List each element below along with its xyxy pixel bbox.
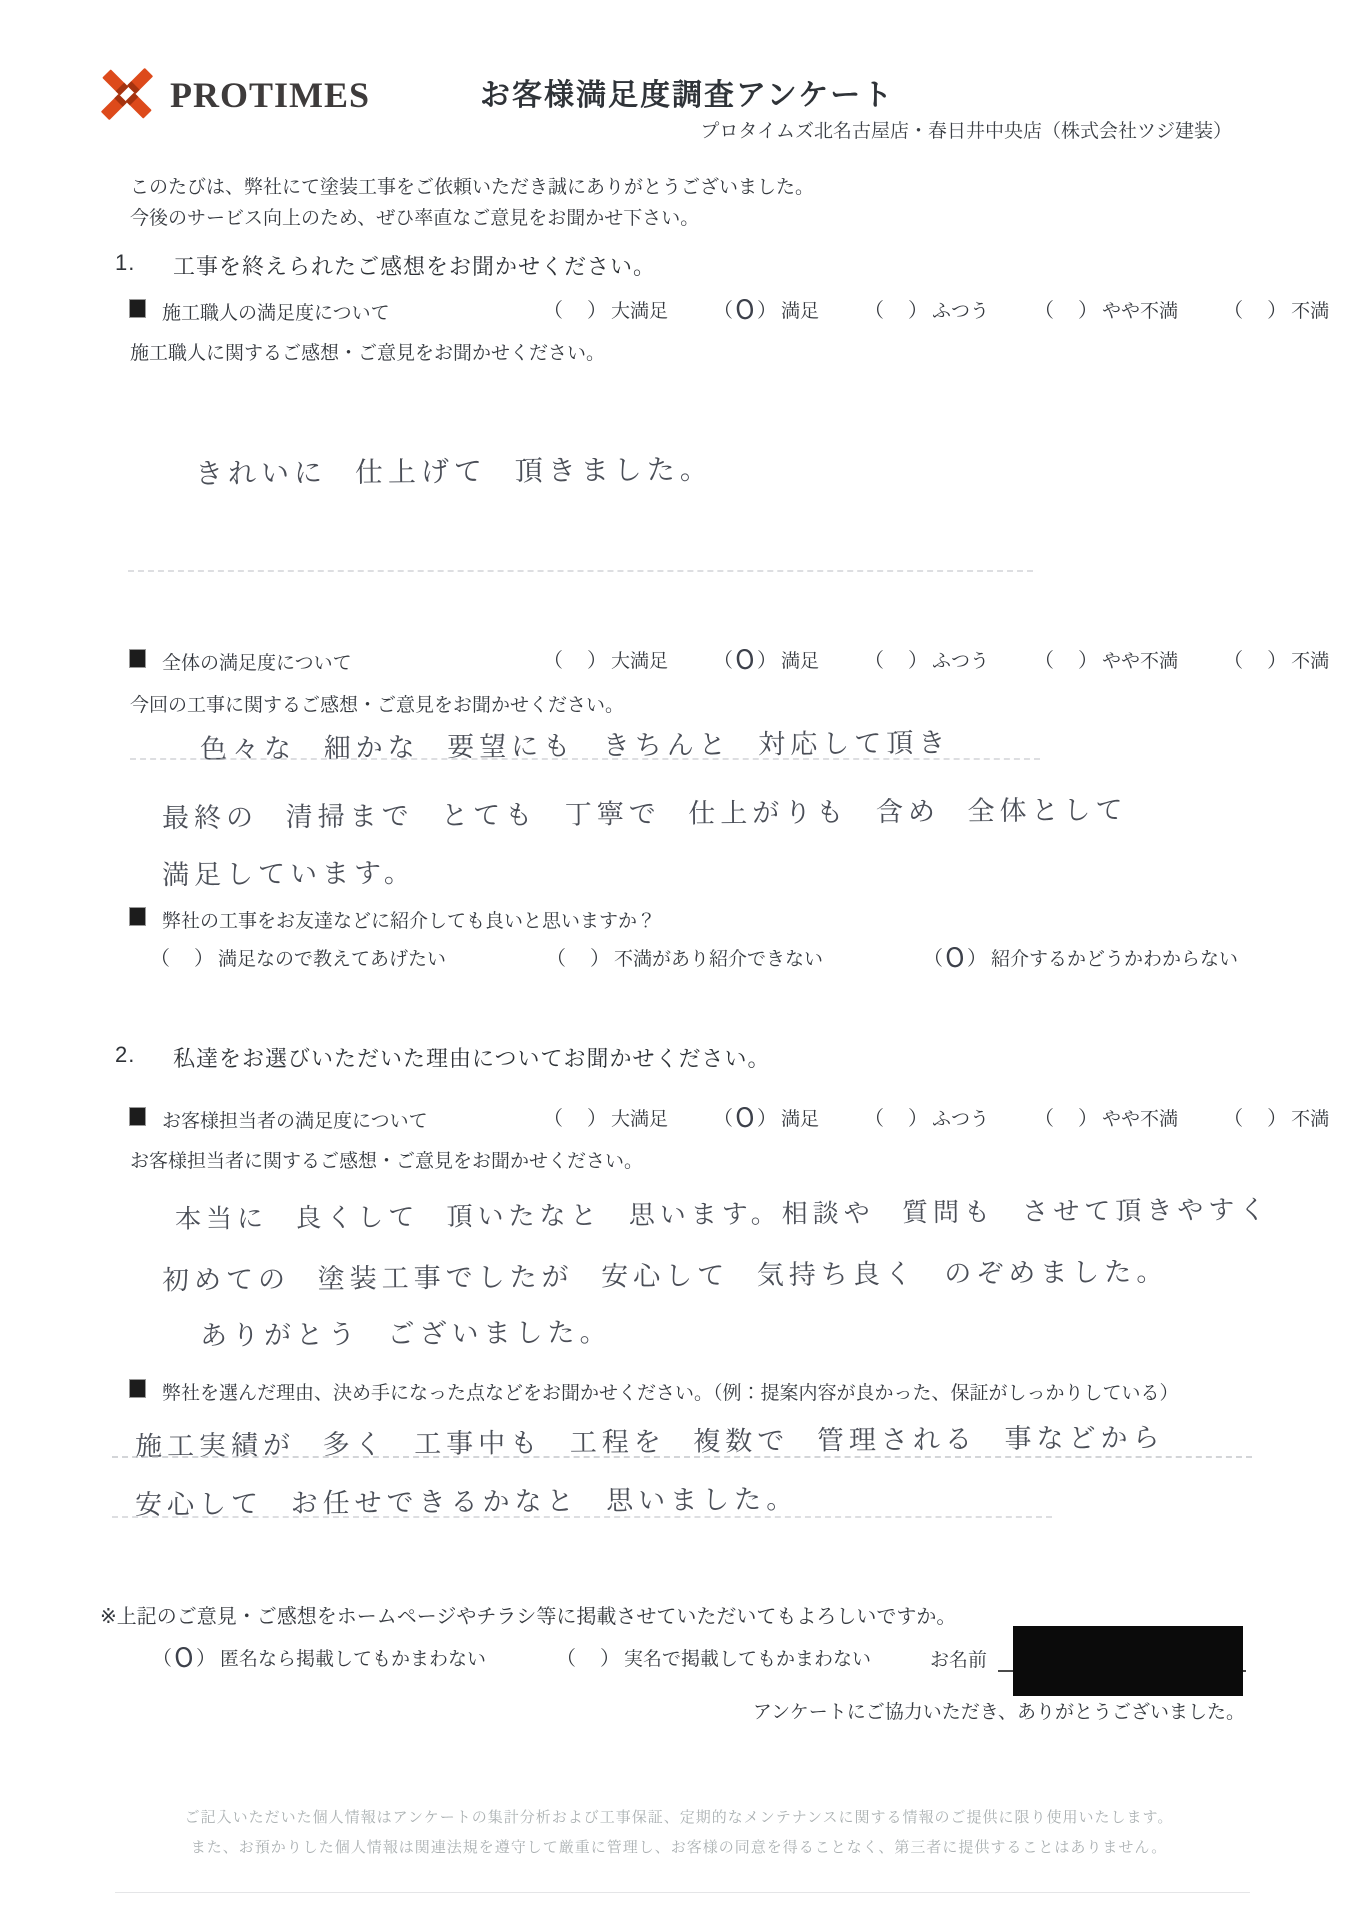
option-yaya-fuman: （）やや不満 [1034, 644, 1178, 673]
paren-close: ） [1267, 294, 1287, 323]
option-label: 不満があり紹介できない [614, 944, 823, 971]
representative-satisfaction-label: お客様担当者の満足度について [162, 1106, 428, 1133]
option-fuman: （）不満 [1223, 294, 1329, 323]
intro-line-1: このたびは、弊社にて塗装工事をご依頼いただき誠にありがとうございました。 [130, 172, 814, 199]
option-label: 匿名なら掲載してもかまわない [220, 1644, 486, 1671]
option-label: 紹介するかどうかわからない [991, 944, 1238, 971]
privacy-note-line-2: また、お預かりした個人情報は関連法規を遵守して厳重に管理し、お客様の同意を得るこ… [0, 1836, 1358, 1857]
section-bullet [130, 1380, 145, 1397]
craftsman-handwritten-answer: きれいに 仕上げて 頂きました。 [195, 448, 713, 493]
handwritten-circle-slot [1243, 1125, 1267, 1128]
option-fuman: （）不満 [1223, 644, 1329, 673]
option-futsuu: （）ふつう [864, 294, 989, 323]
option-yaya-fuman: （）やや不満 [1034, 294, 1178, 323]
representative-handwritten-line-2: 初めての 塗装工事でしたが 安心して 気持ち良く のぞめました。 [162, 1250, 1169, 1298]
overall-satisfaction-label: 全体の満足度について [162, 648, 352, 675]
overall-satisfaction-options: （）大満足 （O）満足 （）ふつう （）やや不満 （）不満 [543, 644, 1329, 673]
paren-close: ） [908, 1102, 928, 1131]
representative-comment-prompt: お客様担当者に関するご感想・ご意見をお聞かせください。 [130, 1146, 643, 1173]
option-label: 満足なので教えてあげたい [218, 944, 446, 971]
paren-close: ） [1078, 644, 1098, 673]
privacy-note-line-1: ご記入いただいた個人情報はアンケートの集計分析および工事保証、定期的なメンテナン… [0, 1806, 1358, 1827]
referral-question-label: 弊社の工事をお友達などに紹介しても良いと思いますか？ [162, 906, 656, 933]
handwritten-circle-slot [170, 965, 194, 968]
option-daimanzoku: （）大満足 [543, 1102, 668, 1131]
overall-comment-prompt: 今回の工事に関するご感想・ご意見をお聞かせください。 [130, 690, 624, 717]
paren-close: ） [757, 294, 777, 323]
paren-open: （ [556, 1642, 576, 1671]
paren-open: （ [923, 942, 943, 971]
option-daimanzoku: （）大満足 [543, 644, 668, 673]
option-recommend: （）満足なので教えてあげたい [150, 942, 446, 971]
craftsman-satisfaction-options: （）大満足 （O）満足 （）ふつう （）やや不満 （）不満 [543, 294, 1329, 323]
paren-open: （ [1223, 294, 1243, 323]
paren-open: （ [1223, 644, 1243, 673]
paren-open: （ [1034, 1102, 1054, 1131]
handwritten-circle-mark: O [732, 299, 758, 322]
store-subtitle: プロタイムズ北名古屋店・春日井中央店（株式会社ツジ建装） [700, 116, 1232, 143]
paren-close: ） [1267, 644, 1287, 673]
question-2-heading: 2. 私達をお選びいただいた理由についてお聞かせください。 [115, 1042, 771, 1073]
paren-open: （ [543, 294, 563, 323]
handwritten-circle-slot [884, 667, 908, 670]
paren-close: ） [587, 644, 607, 673]
handwritten-circle-mark: O [732, 1107, 758, 1130]
paren-close: ） [908, 294, 928, 323]
question-1-heading: 1. 工事を終えられたご感想をお聞かせください。 [115, 250, 656, 281]
publication-options: （O）匿名なら掲載してもかまわない （）実名で掲載してもかまわない [152, 1642, 871, 1671]
option-label: 不満 [1291, 296, 1329, 323]
option-fuman: （）不満 [1223, 1102, 1329, 1131]
handwritten-circle-mark: O [942, 947, 968, 970]
answer-rule-line [112, 1516, 1052, 1518]
question-1-text: 工事を終えられたご感想をお聞かせください。 [173, 250, 656, 281]
paren-close: ） [908, 644, 928, 673]
paren-open: （ [713, 1102, 733, 1131]
option-label: やや不満 [1102, 646, 1178, 673]
paren-open: （ [1034, 294, 1054, 323]
paren-open: （ [864, 294, 884, 323]
handwritten-circle-slot [563, 317, 587, 320]
option-label: ふつう [932, 646, 989, 673]
name-field-label: お名前 [930, 1645, 987, 1672]
paren-open: （ [150, 942, 170, 971]
question-1-number: 1. [115, 250, 173, 281]
option-label: やや不満 [1102, 1104, 1178, 1131]
option-label: 満足 [781, 1104, 819, 1131]
answer-rule-line [130, 758, 1040, 760]
paren-close: ） [196, 1642, 216, 1671]
thank-you-text: アンケートにご協力いただき、ありがとうございました。 [753, 1697, 1245, 1724]
section-bullet [130, 908, 145, 925]
paren-open: （ [152, 1642, 172, 1671]
option-real-name-ok: （）実名で掲載してもかまわない [556, 1642, 871, 1671]
handwritten-circle-slot [884, 1125, 908, 1128]
scanned-survey-page: PROTIMES お客様満足度調査アンケート プロタイムズ北名古屋店・春日井中央… [0, 0, 1358, 1920]
paren-close: ） [600, 1642, 620, 1671]
paren-close: ） [1078, 294, 1098, 323]
bottom-scan-rule [115, 1892, 1250, 1893]
option-label: 満足 [781, 646, 819, 673]
option-label: ふつう [932, 1104, 989, 1131]
handwritten-circle-slot [563, 667, 587, 670]
paren-close: ） [590, 942, 610, 971]
overall-handwritten-line-3: 満足しています。 [162, 851, 416, 892]
option-label: 満足 [781, 296, 819, 323]
brand-name: PROTIMES [170, 74, 370, 116]
handwritten-circle-mark: O [171, 1647, 197, 1670]
option-futsuu: （）ふつう [864, 1102, 989, 1131]
intro-line-2: 今後のサービス向上のため、ぜひ率直なご意見をお聞かせ下さい。 [130, 203, 699, 230]
answer-rule-line [112, 1456, 1252, 1458]
option-daimanzoku: （）大満足 [543, 294, 668, 323]
referral-options: （）満足なので教えてあげたい （）不満があり紹介できない （O）紹介するかどうか… [150, 942, 1238, 971]
protimes-logo-icon [95, 60, 159, 133]
handwritten-circle-slot [566, 965, 590, 968]
option-label: 大満足 [611, 646, 668, 673]
handwritten-circle-mark: O [732, 649, 758, 672]
option-futsuu: （）ふつう [864, 644, 989, 673]
craftsman-comment-prompt: 施工職人に関するご感想・ご意見をお聞かせください。 [130, 338, 605, 365]
option-manzoku: （O）満足 [713, 644, 819, 673]
option-label: 実名で掲載してもかまわない [624, 1644, 871, 1671]
paren-open: （ [543, 1102, 563, 1131]
paren-close: ） [587, 294, 607, 323]
option-anonymous-ok: （O）匿名なら掲載してもかまわない [152, 1642, 486, 1671]
paren-close: ） [1267, 1102, 1287, 1131]
section-bullet [130, 650, 145, 667]
option-cannot-recommend: （）不満があり紹介できない [546, 942, 823, 971]
paren-open: （ [546, 942, 566, 971]
option-label: やや不満 [1102, 296, 1178, 323]
paren-open: （ [713, 294, 733, 323]
paren-close: ） [967, 942, 987, 971]
option-label: 不満 [1291, 1104, 1329, 1131]
page-title: お客様満足度調査アンケート [480, 70, 894, 114]
handwritten-circle-slot [1054, 667, 1078, 670]
handwritten-circle-slot [884, 317, 908, 320]
craftsman-satisfaction-label: 施工職人の満足度について [162, 298, 390, 325]
answer-rule-line [128, 570, 1033, 572]
overall-handwritten-line-2: 最終の 清掃まで とても 丁寧で 仕上がりも 含め 全体として [162, 788, 1128, 835]
paren-open: （ [864, 1102, 884, 1131]
option-label: 大満足 [611, 296, 668, 323]
representative-handwritten-line-1: 本当に 良くして 頂いたなと 思います。相談や 質問も させて頂きやすく [175, 1189, 1271, 1236]
paren-close: ） [587, 1102, 607, 1131]
option-label: ふつう [932, 296, 989, 323]
paren-close: ） [757, 644, 777, 673]
handwritten-circle-slot [1243, 317, 1267, 320]
paren-close: ） [194, 942, 214, 971]
option-label: 大満足 [611, 1104, 668, 1131]
reason-question-label: 弊社を選んだ理由、決め手になった点などをお聞かせください。（例：提案内容が良かっ… [162, 1378, 1179, 1405]
name-redaction-box [1013, 1626, 1243, 1696]
paren-open: （ [713, 644, 733, 673]
section-bullet [130, 1108, 145, 1125]
question-2-text: 私達をお選びいただいた理由についてお聞かせください。 [173, 1042, 771, 1073]
question-2-number: 2. [115, 1042, 173, 1073]
paren-close: ） [757, 1102, 777, 1131]
paren-open: （ [864, 644, 884, 673]
option-yaya-fuman: （）やや不満 [1034, 1102, 1178, 1131]
option-label: 不満 [1291, 646, 1329, 673]
paren-open: （ [1034, 644, 1054, 673]
option-manzoku: （O）満足 [713, 294, 819, 323]
handwritten-circle-slot [576, 1665, 600, 1668]
publication-question: ※上記のご意見・ご感想をホームページやチラシ等に掲載させていただいてもよろしいで… [100, 1600, 956, 1629]
paren-open: （ [543, 644, 563, 673]
option-not-sure: （O）紹介するかどうかわからない [923, 942, 1238, 971]
option-manzoku: （O）満足 [713, 1102, 819, 1131]
section-bullet [130, 300, 145, 317]
paren-close: ） [1078, 1102, 1098, 1131]
handwritten-circle-slot [1054, 1125, 1078, 1128]
representative-handwritten-line-3: ありがとう ございました。 [200, 1310, 612, 1353]
representative-satisfaction-options: （）大満足 （O）満足 （）ふつう （）やや不満 （）不満 [543, 1102, 1329, 1131]
handwritten-circle-slot [1243, 667, 1267, 670]
paren-open: （ [1223, 1102, 1243, 1131]
handwritten-circle-slot [1054, 317, 1078, 320]
handwritten-circle-slot [563, 1125, 587, 1128]
